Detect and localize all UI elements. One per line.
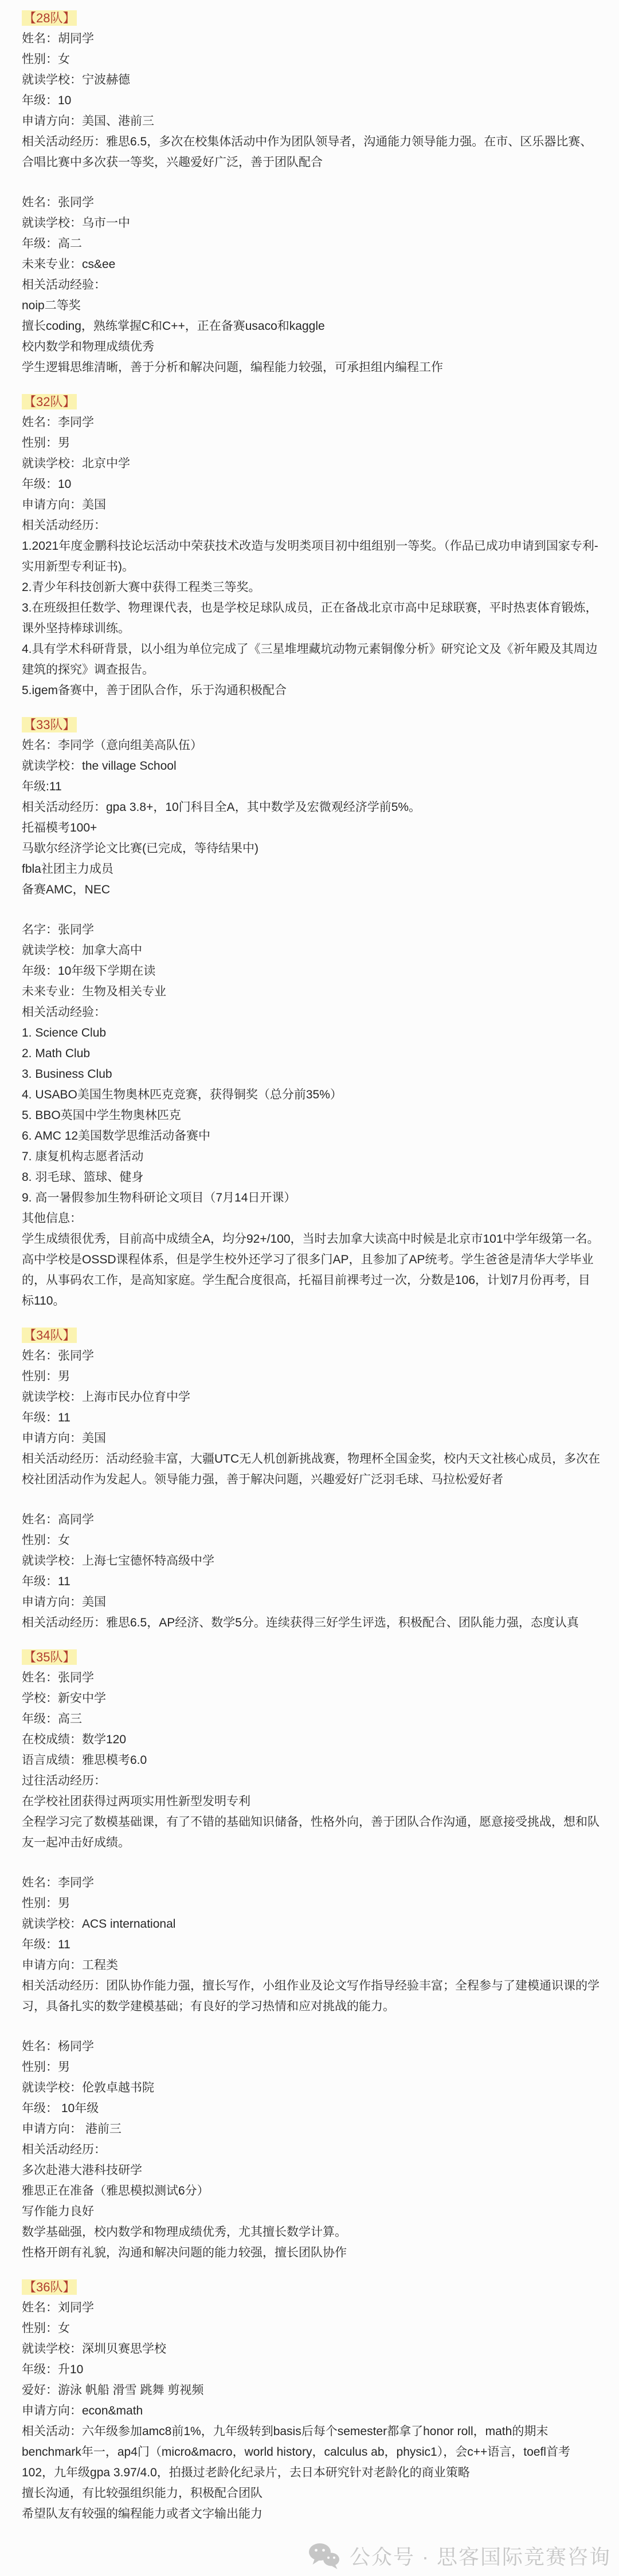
profile-line: 3.在班级担任数学、物理课代表，也是学校足球队成员，正在备战北京市高中足球联赛，… xyxy=(22,598,602,639)
profile-line: 就读学校：乌市一中 xyxy=(22,213,602,234)
profile-line: 爱好：游泳 帆船 滑雪 跳舞 剪视频 xyxy=(22,2380,602,2401)
team-header: 【32队】 xyxy=(22,394,77,409)
profile-line: 性别：女 xyxy=(22,2318,602,2339)
profile-line: 姓名：杨同学 xyxy=(22,2037,602,2057)
profile-line: 2. Math Club xyxy=(22,1043,602,1064)
profile-line: 年级：11 xyxy=(22,1571,602,1592)
profile-line: 马歇尔经济学论文比赛(已完成，等待结果中) xyxy=(22,838,602,859)
student-profile: 姓名：张同学 就读学校：乌市一中 年级：高二 未来专业：cs&ee 相关活动经验… xyxy=(22,192,602,378)
team-header-row: 【34队】 xyxy=(22,1325,602,1346)
profile-line: 相关活动经验： xyxy=(22,1002,602,1023)
profile-line: 姓名：李同学 xyxy=(22,1873,602,1893)
profile-line: 就读学校：上海市民办位育中学 xyxy=(22,1387,602,1408)
profile-line: 年级：升10 xyxy=(22,2360,602,2380)
profile-line: 多次赴港大港科技研学 xyxy=(22,2160,602,2181)
profile-line: noip二等奖 xyxy=(22,296,602,316)
profile-line: 相关活动经历： xyxy=(22,515,602,536)
team-section: 【32队】 姓名：李同学 性别：男 就读学校：北京中学 年级： xyxy=(22,392,602,701)
profile-line: 年级：高三 xyxy=(22,1709,602,1730)
profile-line: 1. Science Club xyxy=(22,1023,602,1043)
student-profile: 姓名：高同学 性别：女 就读学校：上海七宝德怀特高级中学 年级：11 申请方向：… xyxy=(22,1510,602,1633)
profile-line: 8. 羽毛球、篮球、健身 xyxy=(22,1167,602,1188)
profile-line: 就读学校：深圳贝赛思学校 xyxy=(22,2339,602,2360)
profile-line: 就读学校：北京中学 xyxy=(22,454,602,474)
profile-line: 相关活动经历：活动经验丰富，大疆UTC无人机创新挑战赛，物理杯全国金奖，校内天文… xyxy=(22,1449,602,1490)
profile-line: 3. Business Club xyxy=(22,1064,602,1085)
profile-line: 2.青少年科技创新大赛中获得工程类三等奖。 xyxy=(22,577,602,598)
student-profile: 姓名：张同学 学校：新安中学 年级：高三 在校成绩：数学120 语言成绩：雅思模… xyxy=(22,1668,602,1853)
profile-line: 希望队友有较强的编程能力或者文字输出能力 xyxy=(22,2504,602,2524)
profile-line: 姓名：张同学 xyxy=(22,1346,602,1366)
profile-line: 性别：男 xyxy=(22,1366,602,1387)
team-header-row: 【28队】 xyxy=(22,8,602,29)
team-section: 【36队】 姓名：刘同学 性别：女 就读学校：深圳贝赛思学校 xyxy=(22,2277,602,2524)
team-header: 【34队】 xyxy=(22,1328,77,1343)
profile-line: 在学校社团获得过两项实用性新型发明专利 xyxy=(22,1791,602,1812)
profile-line: 姓名：李同学 xyxy=(22,412,602,433)
profile-line: 托福模考100+ xyxy=(22,818,602,838)
team-header-row: 【32队】 xyxy=(22,392,602,412)
profile-line: 就读学校：ACS international xyxy=(22,1914,602,1935)
profile-line: 性格开朗有礼貌，沟通和解决问题的能力较强，擅长团队协作 xyxy=(22,2243,602,2263)
profile-line: 相关活动：六年级参加amc8前1%，九年级转到basis后每个semester都… xyxy=(22,2421,602,2483)
profile-line: 校内数学和物理成绩优秀 xyxy=(22,337,602,357)
watermark: 公众号 · 思客国际竞赛咨询 xyxy=(308,2541,611,2570)
profile-line: 申请方向：美国、港前三 xyxy=(22,111,602,132)
team-header: 【28队】 xyxy=(22,10,77,26)
profile-line: 9. 高一暑假参加生物科研论文项目（7月14日开课） xyxy=(22,1188,602,1208)
profile-line: 年级:11 xyxy=(22,777,602,797)
student-profile: 姓名：李同学 性别：男 就读学校：ACS international 年级：11… xyxy=(22,1873,602,2017)
profile-line: 4. USABO美国生物奥林匹克竞赛，获得铜奖（总分前35%） xyxy=(22,1085,602,1105)
profile-line: 性别：男 xyxy=(22,2057,602,2078)
student-profile: 姓名：张同学 性别：男 就读学校：上海市民办位育中学 年级：11 申请方向：美国 xyxy=(22,1346,602,1490)
profile-line: 5. BBO英国中学生物奥林匹克 xyxy=(22,1105,602,1126)
profile-line: 年级：高二 xyxy=(22,234,602,254)
profile-line: 过往活动经历： xyxy=(22,1771,602,1791)
profile-line: 相关活动经验： xyxy=(22,275,602,296)
profile-line: 年级：10 xyxy=(22,90,602,111)
student-profile: 姓名：胡同学 性别：女 就读学校：宁波赫德 年级：10 申请方向：美国、港前三 xyxy=(22,29,602,173)
profile-line: 未来专业：cs&ee xyxy=(22,254,602,275)
profile-line: 7. 康复机构志愿者活动 xyxy=(22,1147,602,1167)
profile-line: 性别：男 xyxy=(22,1893,602,1914)
profile-line: fbla社团主力成员 xyxy=(22,859,602,880)
profile-line: 1.2021年度金鹏科技论坛活动中荣获技术改造与发明类项目初中组组别一等奖。（作… xyxy=(22,536,602,577)
team-header: 【33队】 xyxy=(22,717,77,732)
profile-line: 性别：女 xyxy=(22,1530,602,1551)
profile-line: 相关活动经历：雅思6.5，AP经济、数学5分。连续获得三好学生评选，积极配合、团… xyxy=(22,1613,602,1633)
profile-line: 姓名：刘同学 xyxy=(22,2298,602,2318)
profile-line: 就读学校：宁波赫德 xyxy=(22,70,602,90)
profile-line: 姓名：高同学 xyxy=(22,1510,602,1530)
profile-line: 擅长coding，熟练掌握C和C++，正在备赛usaco和kaggle xyxy=(22,316,602,337)
profile-line: 相关活动经历：gpa 3.8+，10门科目全A，其中数学及宏微观经济学前5%。 xyxy=(22,797,602,818)
student-profile: 姓名：杨同学 性别：男 就读学校：伦敦卓越书院 年级： 10年级 申请方向： 港… xyxy=(22,2037,602,2263)
profile-line: 年级：10 xyxy=(22,474,602,495)
team-header: 【35队】 xyxy=(22,1649,77,1665)
profile-line: 姓名：胡同学 xyxy=(22,29,602,49)
profile-line: 写作能力良好 xyxy=(22,2201,602,2222)
profile-line: 相关活动经历： xyxy=(22,2140,602,2160)
profile-line: 学生成绩很优秀，目前高中成绩全A，均分92+/100，当时去加拿大读高中时候是北… xyxy=(22,1229,602,1311)
profile-line: 学生逻辑思维清晰，善于分析和解决问题，编程能力较强，可承担组内编程工作 xyxy=(22,357,602,378)
team-section: 【28队】 姓名：胡同学 性别：女 就读学校：宁波赫德 年级： xyxy=(22,8,602,378)
profile-line: 相关活动经历：雅思6.5，多次在校集体活动中作为团队领导者，沟通能力领导能力强。… xyxy=(22,132,602,173)
profile-line: 备赛AMC，NEC xyxy=(22,880,602,900)
profile-line: 申请方向：工程类 xyxy=(22,1955,602,1976)
profile-line: 性别：男 xyxy=(22,433,602,454)
student-profile: 姓名：刘同学 性别：女 就读学校：深圳贝赛思学校 年级：升10 爱好：游泳 帆船… xyxy=(22,2298,602,2524)
profile-line: 年级：11 xyxy=(22,1408,602,1428)
student-profile: 姓名：李同学（意向组美高队伍） 就读学校：the village School … xyxy=(22,735,602,900)
profile-line: 数学基础强，校内数学和物理成绩优秀，尤其擅长数学计算。 xyxy=(22,2222,602,2243)
profile-line: 语言成绩：雅思模考6.0 xyxy=(22,1750,602,1771)
profile-line: 相关活动经历：团队协作能力强，擅长写作，小组作业及论文写作指导经验丰富；全程参与… xyxy=(22,1976,602,2017)
profile-line: 申请方向：econ&math xyxy=(22,2401,602,2421)
team-section: 【35队】 姓名：张同学 学校：新安中学 年级：高三 在校成绩 xyxy=(22,1647,602,2263)
team-header-row: 【36队】 xyxy=(22,2277,602,2298)
profile-line: 年级：11 xyxy=(22,1935,602,1955)
profile-line: 全程学习完了数模基础课，有了不错的基础知识储备，性格外向，善于团队合作沟通，愿意… xyxy=(22,1812,602,1853)
profile-line: 5.igem备赛中，善于团队合作，乐于沟通积极配合 xyxy=(22,680,602,701)
profile-line: 雅思正在准备（雅思模拟测试6分） xyxy=(22,2181,602,2201)
profile-line: 就读学校：加拿大高中 xyxy=(22,940,602,961)
profile-line: 就读学校：the village School xyxy=(22,756,602,777)
team-section: 【33队】 姓名：李同学（意向组美高队伍） 就读学校：the village S… xyxy=(22,715,602,1311)
student-profile: 姓名：李同学 性别：男 就读学校：北京中学 年级：10 申请方向：美国 xyxy=(22,412,602,701)
watermark-text: 公众号 · 思客国际竞赛咨询 xyxy=(350,2541,611,2570)
team-section: 【34队】 姓名：张同学 性别：男 就读学校：上海市民办位育中学 xyxy=(22,1325,602,1633)
student-roster-document: 【28队】 姓名：胡同学 性别：女 就读学校：宁波赫德 年级： xyxy=(0,0,619,2576)
profile-line: 其他信息： xyxy=(22,1208,602,1229)
profile-line: 就读学校：上海七宝德怀特高级中学 xyxy=(22,1551,602,1571)
profile-line: 在校成绩：数学120 xyxy=(22,1730,602,1750)
profile-line: 年级：10年级下学期在读 xyxy=(22,961,602,982)
profile-line: 就读学校：伦敦卓越书院 xyxy=(22,2078,602,2098)
student-profile: 名字：张同学 就读学校：加拿大高中 年级：10年级下学期在读 未来专业：生物及相… xyxy=(22,920,602,1311)
profile-line: 申请方向： 港前三 xyxy=(22,2119,602,2140)
wechat-icon xyxy=(308,2542,342,2570)
profile-line: 申请方向：美国 xyxy=(22,495,602,515)
profile-line: 6. AMC 12美国数学思维活动备赛中 xyxy=(22,1126,602,1147)
team-header: 【36队】 xyxy=(22,2279,77,2295)
team-header-row: 【33队】 xyxy=(22,715,602,735)
profile-line: 擅长沟通，有比较强组织能力，积极配合团队 xyxy=(22,2483,602,2504)
profile-line: 申请方向：美国 xyxy=(22,1592,602,1613)
profile-line: 姓名：张同学 xyxy=(22,192,602,213)
profile-line: 申请方向：美国 xyxy=(22,1428,602,1449)
profile-line: 年级： 10年级 xyxy=(22,2098,602,2119)
profile-line: 学校：新安中学 xyxy=(22,1688,602,1709)
team-header-row: 【35队】 xyxy=(22,1647,602,1668)
profile-line: 姓名：李同学（意向组美高队伍） xyxy=(22,735,602,756)
profile-line: 名字：张同学 xyxy=(22,920,602,940)
profile-line: 未来专业：生物及相关专业 xyxy=(22,982,602,1002)
profile-line: 性别：女 xyxy=(22,49,602,70)
profile-line: 4.具有学术科研背景，以小组为单位完成了《三星堆埋藏坑动物元素铜像分析》研究论文… xyxy=(22,639,602,680)
profile-line: 姓名：张同学 xyxy=(22,1668,602,1688)
